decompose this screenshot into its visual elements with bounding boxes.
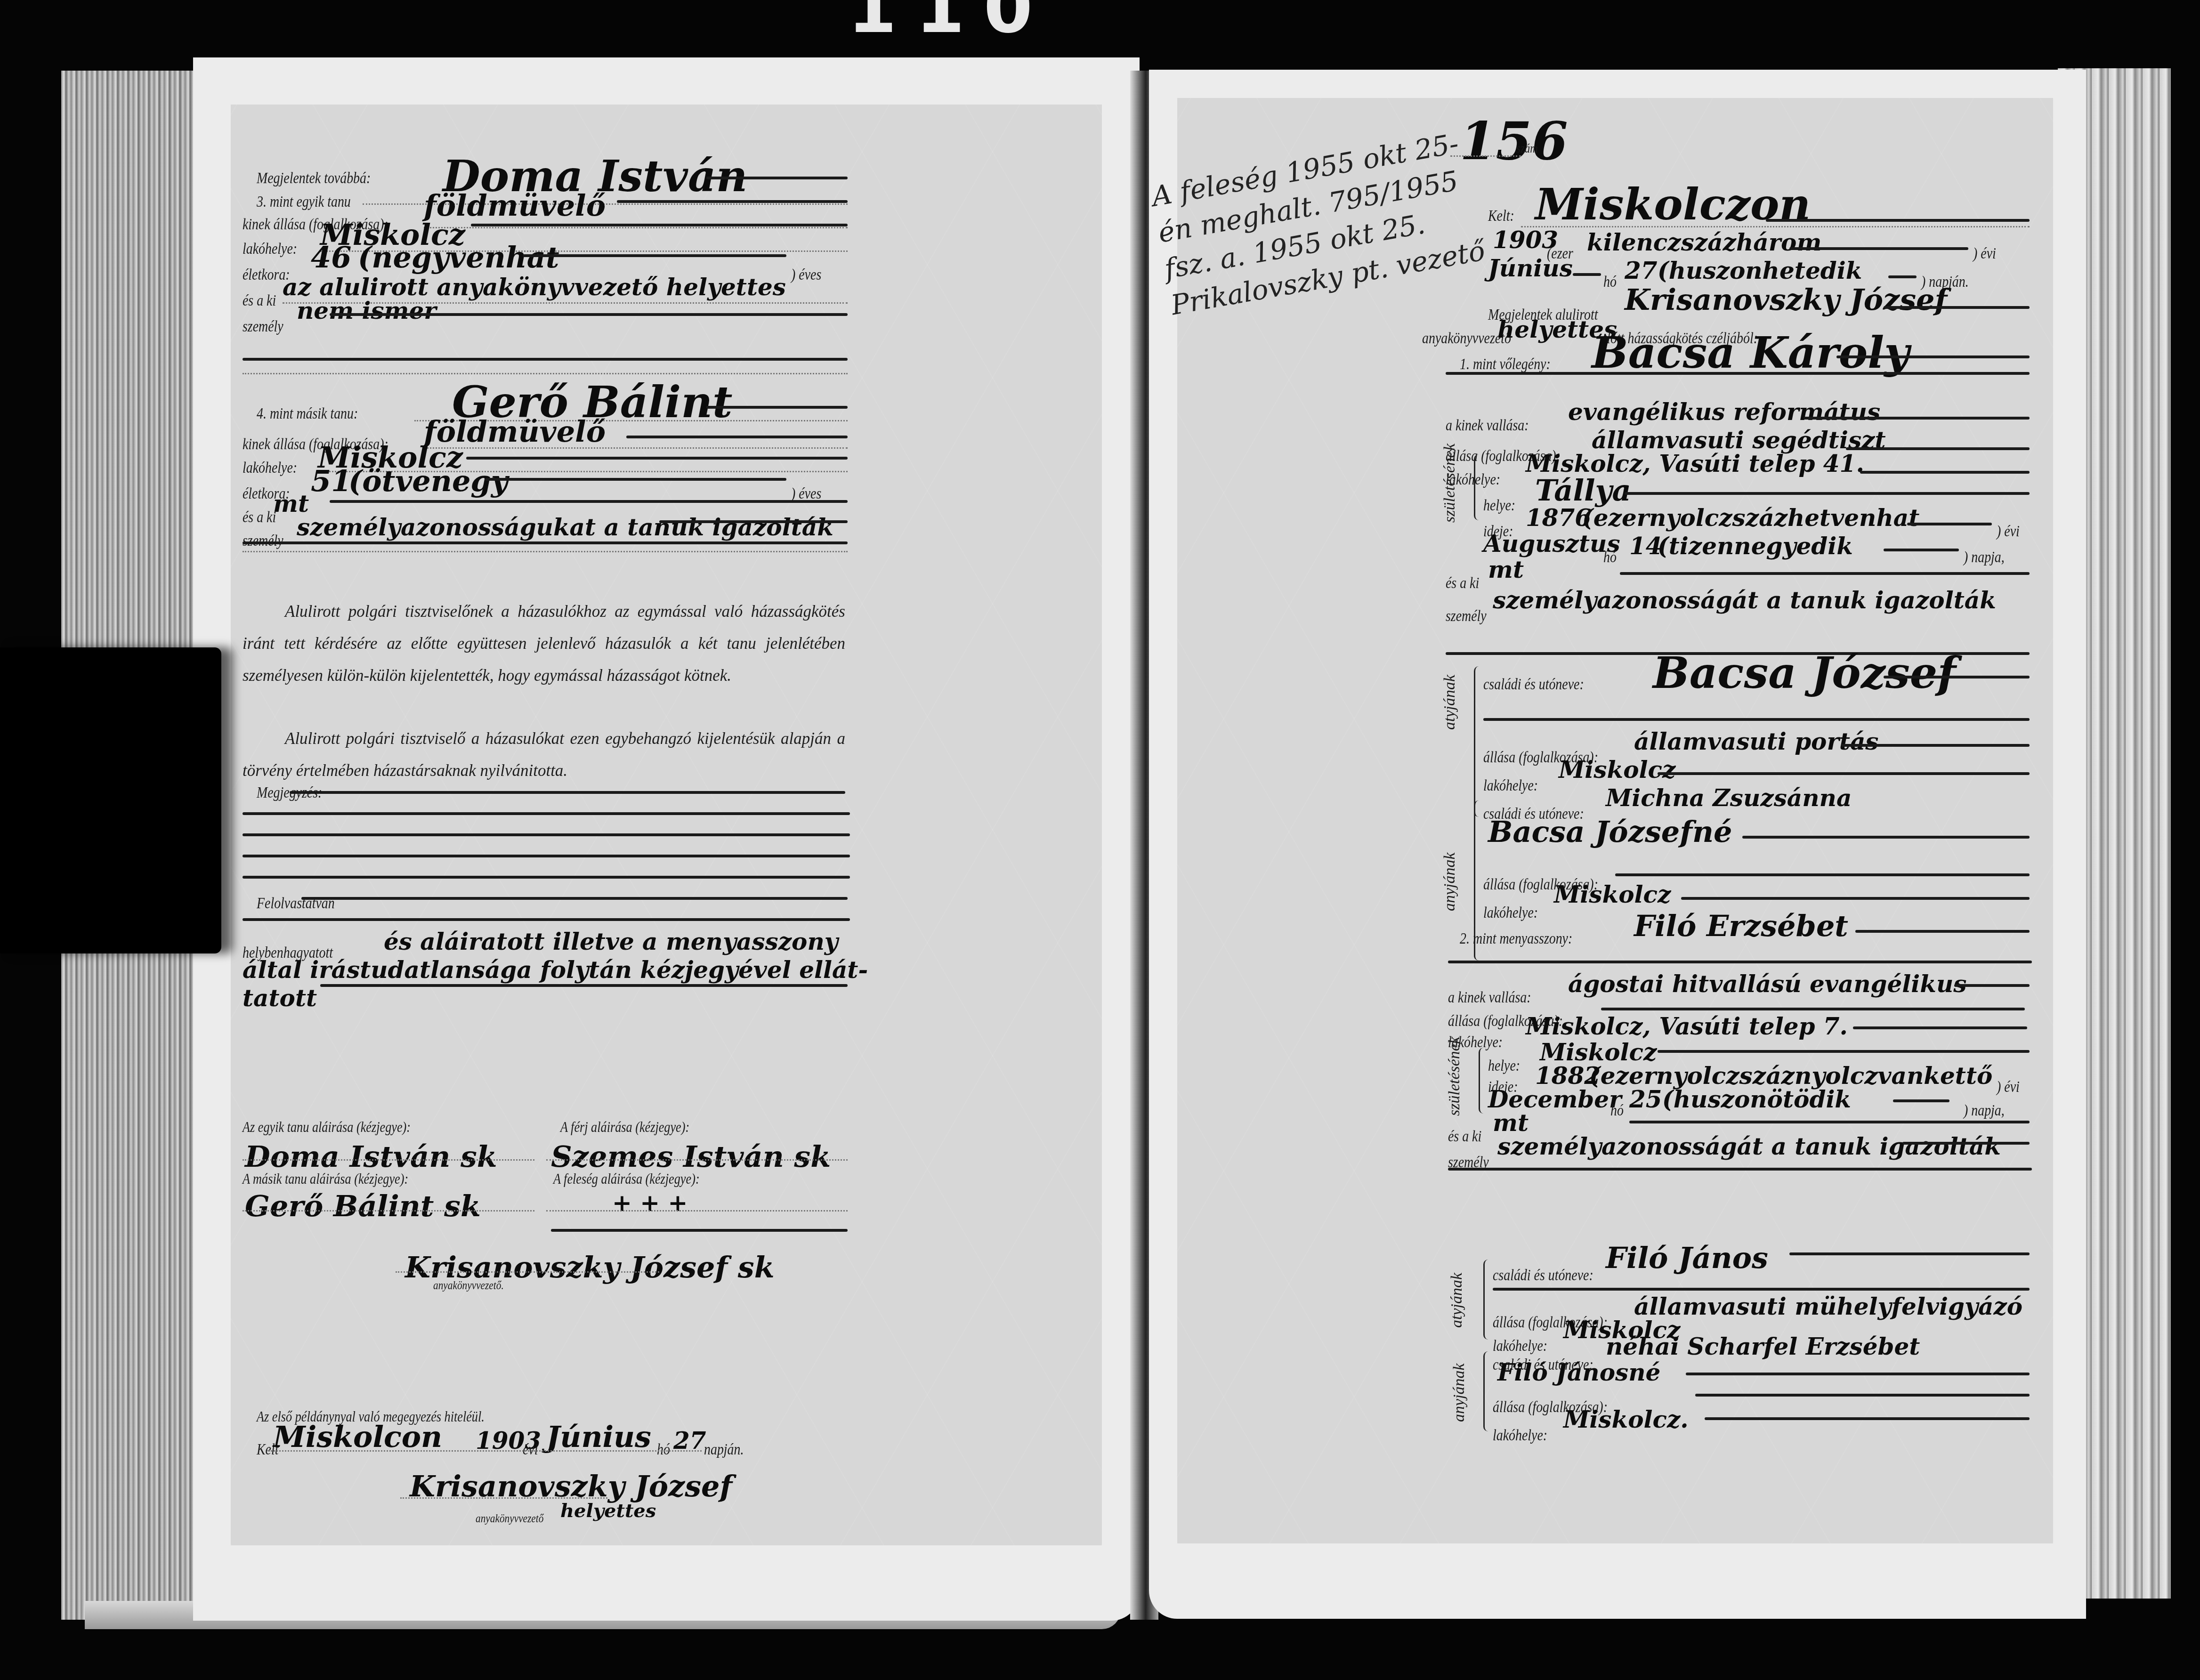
fill-line	[1695, 1394, 2030, 1397]
entry-day: 27	[1625, 257, 1658, 284]
fill-line	[1804, 417, 2030, 420]
groom-birth-year: 1876	[1526, 504, 1591, 532]
fill-line	[1629, 1121, 2030, 1123]
fill-line	[1836, 355, 2030, 358]
fill-line	[1742, 836, 2030, 839]
fill-line	[1853, 1026, 2027, 1029]
fill-line	[1658, 772, 2030, 775]
witness3-person-label: személy	[243, 318, 283, 336]
witness1-signature: Doma István sk	[245, 1139, 497, 1174]
bride-who-label: és a ki	[1448, 1128, 1481, 1146]
dotted-rule	[424, 447, 848, 449]
groom-birth-year-suffix: ) évi	[1997, 523, 2020, 541]
fill-line	[1884, 676, 2030, 678]
fill-line	[1855, 930, 2030, 933]
witness3-person-value: nem ismer	[297, 297, 437, 324]
dotted-rule	[1450, 155, 1521, 157]
approved-value-1: és aláiratott illetve a menyasszony	[384, 928, 838, 955]
fill-line	[243, 812, 850, 815]
groom-father-name: Bacsa József	[1653, 647, 1956, 698]
bride-mother-group-label: anyjának	[1450, 1363, 1468, 1422]
fill-line	[243, 358, 848, 361]
brace	[1474, 666, 1482, 817]
declaration-paragraph-1: Alulirott polgári tisztviselőnek a házas…	[243, 596, 845, 692]
fill-line	[1705, 1417, 2030, 1420]
bride-mother-name-2: Filó Jánosné	[1497, 1358, 1660, 1386]
fill-line	[243, 918, 850, 921]
fill-line	[1789, 1252, 2030, 1255]
bride-birth-month-suffix: hó	[1610, 1102, 1624, 1120]
fill-line	[523, 254, 786, 257]
entry-year-suffix: ) évi	[1973, 245, 1996, 263]
fill-line	[243, 833, 850, 836]
fill-line	[290, 791, 845, 794]
brace	[1483, 1260, 1491, 1340]
fill-line	[1884, 306, 2030, 309]
fill-line	[301, 897, 848, 900]
fill-line	[466, 457, 848, 460]
groom-birth-year-words: (ezernyolczszázhetvenhat	[1582, 504, 1919, 532]
fill-line	[617, 200, 848, 203]
fill-line	[1448, 1168, 2032, 1171]
witness4-person-value: személyazonosságukat a tanuk igazolták	[297, 513, 833, 541]
wife-mark: + + +	[612, 1189, 688, 1217]
witness3-role-label: 3. mint egyik tanu	[257, 193, 351, 211]
fill-line	[626, 436, 848, 438]
brace	[1474, 454, 1482, 520]
bride-father-name: Filó János	[1606, 1241, 1768, 1275]
fill-line	[1860, 471, 2030, 474]
certification-month-suffix: hó	[657, 1441, 670, 1459]
bride-birthplace-label: helye:	[1488, 1057, 1520, 1075]
bride-mother-residence: Miskolcz.	[1563, 1405, 1689, 1433]
fill-line	[1884, 549, 1959, 551]
groom-father-group-label: atyjának	[1441, 675, 1459, 730]
bride-birth-year-suffix: ) évi	[1997, 1078, 2020, 1096]
registrar-signature-label: anyakönyvvezető.	[433, 1278, 504, 1292]
groom-mother-residence-label: lakóhelye:	[1483, 904, 1538, 922]
certification-registrar-role: helyettes	[560, 1500, 656, 1522]
fill-line	[706, 406, 848, 409]
husband-signature-label: A férj aláirása (kézjegye):	[560, 1118, 689, 1136]
entry-day-words: (huszonhetedik	[1658, 257, 1862, 284]
bride-religion-label: a kinek vallása:	[1448, 989, 1531, 1007]
fill-line	[1493, 1288, 2030, 1291]
groom-father-residence: Miskolcz	[1559, 756, 1675, 783]
dotted-rule	[396, 1271, 659, 1273]
fill-line	[485, 478, 786, 481]
brace	[1479, 1048, 1487, 1114]
witness2-signature: Gerő Bálint sk	[245, 1189, 481, 1223]
fill-line	[1888, 275, 1917, 278]
bride-father-group-label: atyjának	[1448, 1273, 1466, 1328]
fill-line	[551, 1229, 848, 1232]
groom-religion: evangélikus református	[1568, 398, 1880, 426]
groom-father-residence-label: lakóhelye:	[1483, 777, 1538, 795]
groom-birth-month: Augusztus	[1483, 530, 1620, 557]
dotted-rule	[1521, 226, 2030, 227]
fill-line	[243, 855, 850, 857]
groom-religion-label: a kinek vallása:	[1446, 417, 1529, 435]
dotted-rule	[243, 1210, 534, 1212]
fill-line	[471, 224, 848, 226]
fill-line	[1483, 718, 2030, 721]
fill-line	[1658, 1050, 2030, 1053]
fill-line	[1954, 984, 2030, 987]
fill-line	[706, 177, 848, 179]
groom-birth-day-suffix: ) napja,	[1964, 549, 2005, 566]
fill-line	[1620, 572, 2030, 575]
husband-signature: Szemes István sk	[551, 1139, 831, 1174]
groom-person-value: személyazonosságát a tanuk igazolták	[1493, 586, 1996, 614]
bride-residence: Miskolcz, Vasúti telep 7.	[1526, 1012, 1848, 1040]
groom-birthplace: Tállya	[1535, 473, 1631, 508]
fill-line	[659, 520, 848, 523]
dotted-rule	[424, 227, 848, 228]
certification-month: Június	[546, 1420, 651, 1454]
groom-mother-name-2: Bacsa Józsefné	[1488, 815, 1732, 849]
fill-line	[330, 500, 848, 503]
groom-name: Bacsa Károly	[1592, 327, 1909, 378]
fill-line	[1893, 1099, 1949, 1102]
fill-line	[1681, 897, 2030, 900]
certification-place: Miskolcon	[273, 1420, 442, 1454]
witness4-who-label: és a ki	[243, 509, 276, 526]
kelt-label: Kelt:	[1488, 207, 1514, 225]
certification-year-suffix: évi	[523, 1441, 538, 1459]
fill-line	[1448, 961, 2032, 963]
groom-birth-group-label: születésének	[1441, 444, 1459, 523]
fill-line	[1686, 1373, 2030, 1375]
bride-person-value: személyazonosságát a tanuk igazolták	[1497, 1132, 2001, 1160]
groom-role-label: 1. mint vőlegény:	[1460, 355, 1551, 373]
entry-number-label: szám	[1516, 141, 1538, 156]
groom-mother-group-label: anyjának	[1441, 852, 1459, 911]
witness3-who-label: és a ki	[243, 292, 276, 310]
groom-mother-name-1: Michna Zsuzsánna	[1606, 784, 1852, 812]
witness4-person-label: személy	[243, 532, 283, 550]
bride-birth-day: 25	[1629, 1085, 1662, 1113]
fill-line	[1846, 447, 2030, 450]
witness3-age-words: (negyvenhat	[358, 240, 559, 275]
witness1-signature-label: Az egyik tanu aláirása (kézjegye):	[243, 1118, 411, 1136]
bride-birth-day-suffix: ) napja,	[1964, 1102, 2005, 1120]
witness3-age: 46	[311, 240, 351, 275]
entry-month: Június	[1488, 254, 1573, 282]
dotted-rule	[546, 1159, 848, 1161]
dotted-rule	[400, 1497, 607, 1499]
entry-place: Miskolczon	[1535, 179, 1811, 230]
registrar-name: Krisanovszky József	[1625, 283, 1947, 317]
declaration-paragraph-2: Alulirott polgári tisztviselő a házasuló…	[243, 723, 845, 787]
dotted-rule	[243, 373, 848, 374]
wife-signature-label: A feleség aláirása (kézjegye):	[553, 1170, 700, 1187]
fill-line	[1902, 1142, 2030, 1145]
bride-role-label: 2. mint menyasszony:	[1460, 930, 1572, 948]
dotted-rule	[268, 1450, 702, 1452]
groom-who-label: és a ki	[1446, 574, 1479, 592]
dotted-rule	[243, 551, 848, 552]
entry-number: 156	[1460, 111, 1568, 171]
microfilm-frame-number: 110	[848, 0, 1051, 49]
fill-line	[320, 984, 848, 987]
brace	[1483, 1351, 1491, 1431]
bride-father-occupation: államvasuti mühelyfelvigyázó	[1634, 1292, 2022, 1320]
groom-birth-month-suffix: hó	[1603, 549, 1617, 566]
fill-line	[330, 313, 848, 316]
certification-day-suffix: napján.	[704, 1441, 744, 1459]
dotted-rule	[243, 1159, 534, 1161]
groom-person-label: személy	[1446, 607, 1487, 625]
groom-who-value: mt	[1488, 556, 1524, 583]
entry-month-suffix: hó	[1603, 273, 1617, 291]
groom-mother-residence: Miskolcz	[1554, 880, 1671, 908]
witness2-signature-label: A másik tanu aláirása (kézjegye):	[243, 1170, 408, 1187]
intro-label: Megjelentek továbbá:	[257, 170, 371, 187]
dotted-rule	[546, 1210, 848, 1212]
fill-line	[1841, 744, 2030, 747]
bride-father-residence-label: lakóhelye:	[1493, 1337, 1547, 1355]
fill-line	[1907, 523, 1992, 525]
fill-line	[243, 541, 848, 544]
fill-line	[1625, 492, 2030, 495]
bride-father-name-label: családi és utóneve:	[1493, 1267, 1593, 1284]
bride-mother-residence-label: lakóhelye:	[1493, 1427, 1547, 1445]
witness4-age-words: (ötvenegy	[348, 464, 508, 498]
fill-line	[243, 876, 850, 879]
approved-value-3: tatott	[243, 984, 317, 1012]
witness3-residence-label: lakóhelye:	[243, 240, 297, 258]
bride-religion: ágostai hitvallású evangélikus	[1568, 970, 1966, 998]
fill-line	[1601, 1008, 2025, 1010]
groom-father-occupation: államvasuti portás	[1634, 727, 1878, 755]
witness4-age: 51	[311, 464, 351, 498]
groom-birth-day-words: (tizennegyedik	[1658, 532, 1853, 560]
groom-father-name-label: családi és utóneve:	[1483, 676, 1584, 694]
bride-name: Filó Erzsébet	[1634, 909, 1848, 943]
bride-birth-day-words: (huszonötödik	[1662, 1085, 1851, 1113]
witness3-age-suffix: ) éves	[791, 266, 821, 284]
certification-registrar-label: anyakönyvvezető	[476, 1511, 543, 1526]
black-index-tab	[0, 647, 221, 953]
fill-line	[1789, 247, 1968, 250]
witness4-residence-label: lakóhelye:	[243, 459, 297, 477]
approved-value-2: által irástudatlansága folytán kézjegyév…	[243, 956, 868, 984]
entry-year-words: kilenczszázhárom	[1587, 228, 1821, 256]
bride-mother-name-1: néhai Scharfel Erzsébet	[1606, 1333, 1920, 1360]
fill-line	[1766, 219, 2030, 222]
fill-line	[1615, 873, 2030, 876]
fill-line	[1446, 372, 2030, 375]
witness4-role-label: 4. mint másik tanu:	[257, 405, 358, 423]
bride-birth-group-label: születésének	[1446, 1037, 1464, 1116]
fill-line	[1573, 273, 1601, 276]
groom-birthplace-label: helye:	[1483, 497, 1515, 515]
